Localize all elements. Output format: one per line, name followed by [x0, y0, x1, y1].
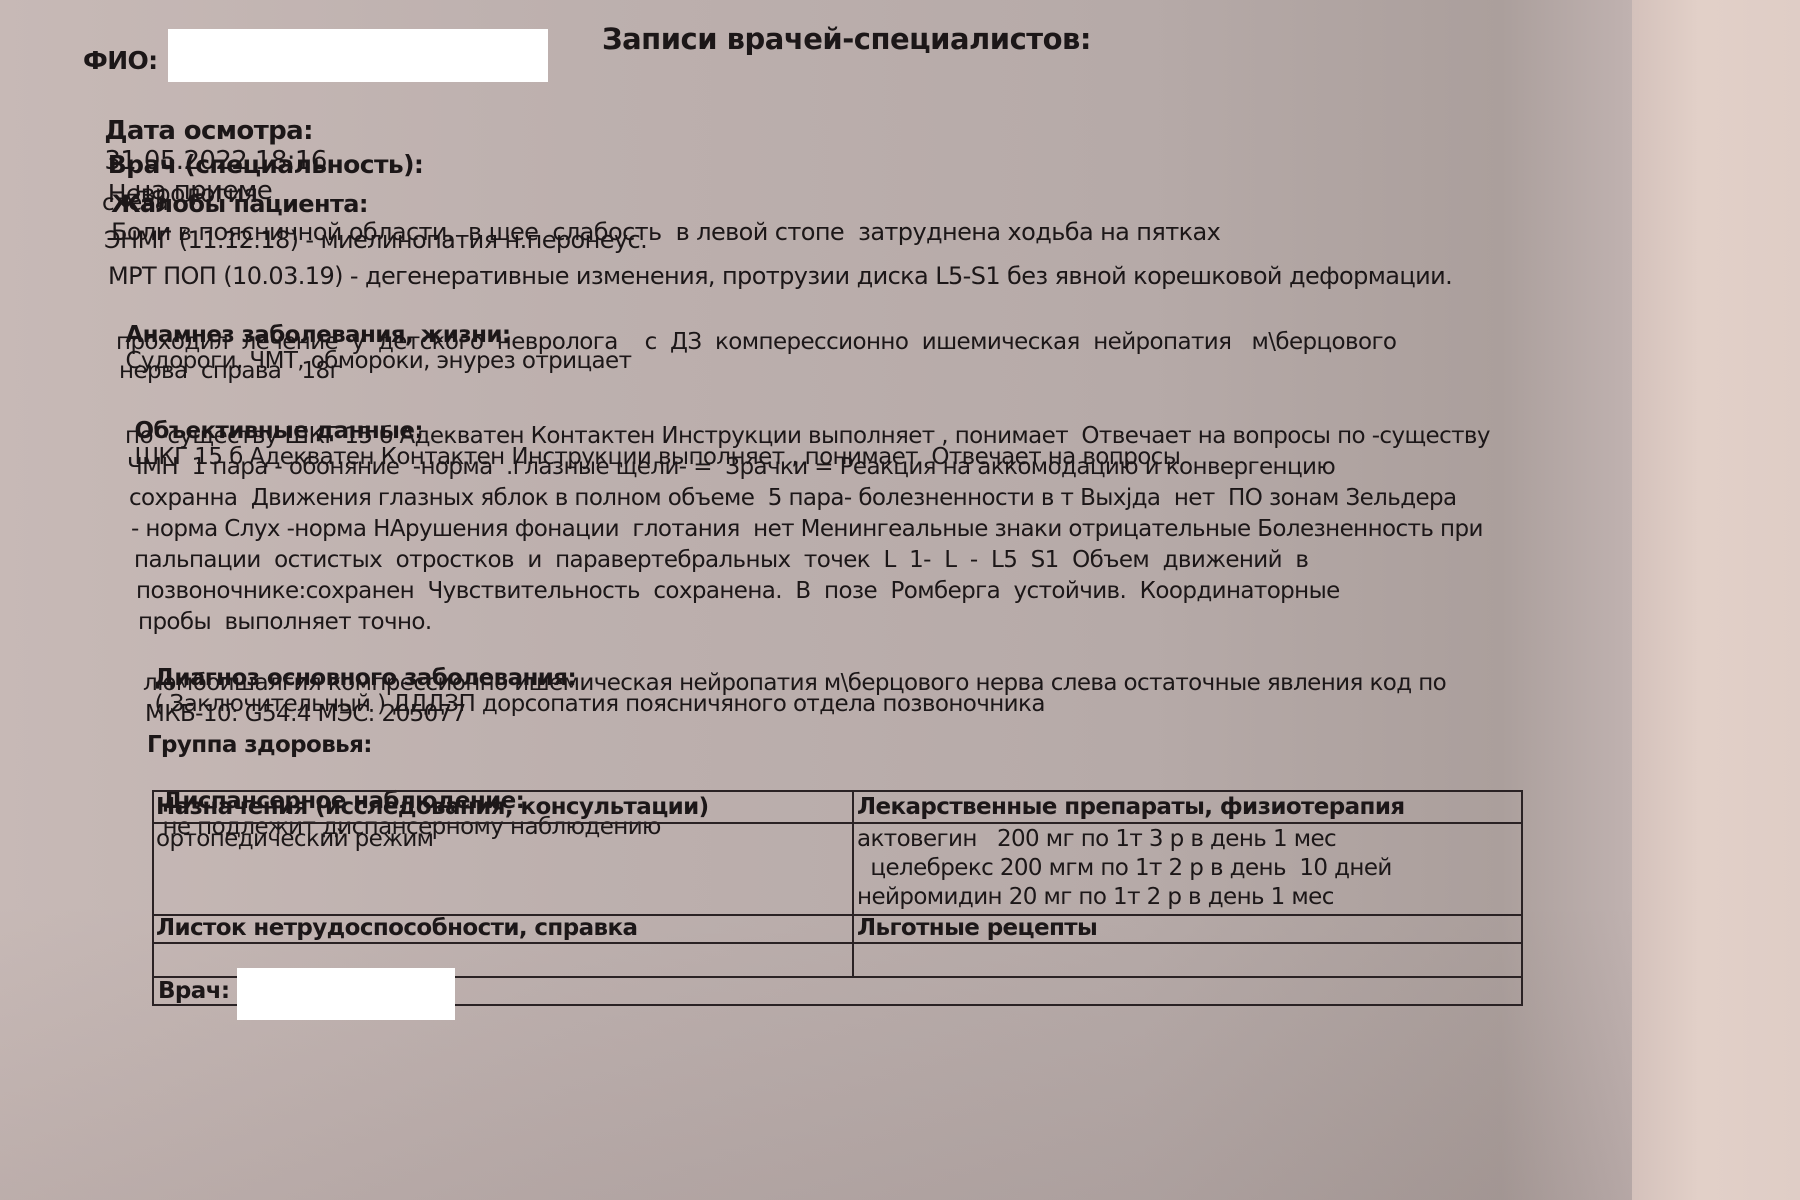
- objective-line: пробы выполняет точно.: [138, 609, 432, 635]
- table-header-preferential-prescriptions: Льготные рецепты: [857, 915, 1097, 941]
- table-cell-appointments: ортопедический режим: [156, 826, 433, 852]
- table-header-sick-leave: Листок нетрудоспособности, справка: [156, 915, 637, 941]
- objective-line: сохранна Движения глазных яблок в полном…: [129, 485, 1457, 511]
- objective-line: ЧМН 1 пара - обоняние -норма .глазные ще…: [127, 454, 1335, 480]
- doctor-signature-label: Врач:: [158, 978, 230, 1004]
- objective-line: позвоночнике:сохранен Чувствительность с…: [136, 578, 1340, 604]
- table-cell-medication: актовегин 200 мг по 1т 3 р в день 1 мес: [857, 826, 1336, 852]
- table-column-divider: [852, 792, 854, 976]
- study-enmg: ЭНМГ (11.12.18) - миелинопатия н.перонеу…: [104, 226, 647, 254]
- objective-line: по -существу ШКГ 15 б Адекватен Контакте…: [125, 423, 1490, 449]
- objective-line: пальпации остистых отростков и параверте…: [134, 547, 1308, 573]
- doctor-name-redaction: [237, 968, 455, 1020]
- table-cell-medication: нейромидин 20 мг по 1т 2 р в день 1 мес: [857, 884, 1334, 910]
- anamnesis-text-3: нерва справа 18г: [119, 358, 341, 384]
- table-header-medications: Лекарственные препараты, физиотерапия: [857, 794, 1405, 820]
- diagnosis-code: МКБ-10: G54.4 МЭС: 205077: [145, 701, 466, 727]
- table-header-appointments: Назначения (исследования, консультации): [156, 794, 709, 820]
- anamnesis-text-2: проходил лечение у детского невролога с …: [116, 329, 1540, 355]
- fio-label: ФИО:: [83, 46, 158, 75]
- complaints-text-cont: слева: [102, 190, 168, 216]
- objective-line: - норма Слух -норма НАрушения фонации гл…: [131, 516, 1483, 542]
- diagnosis-text-2: люмбоишалгия компрессионно ишемическая н…: [143, 670, 1446, 696]
- health-group-label: Группа здоровья:: [147, 732, 372, 758]
- table-cell-medication: целебрекс 200 мгм по 1т 2 р в день 10 дн…: [857, 855, 1392, 881]
- background-surface: [1632, 0, 1800, 1200]
- study-mri: МРТ ПОП (10.03.19) - дегенеративные изме…: [108, 262, 1452, 290]
- table-divider: [154, 942, 1521, 944]
- table-divider: [154, 822, 1521, 824]
- fio-redaction: [168, 29, 548, 82]
- page-title: Записи врачей-специалистов:: [602, 22, 1091, 56]
